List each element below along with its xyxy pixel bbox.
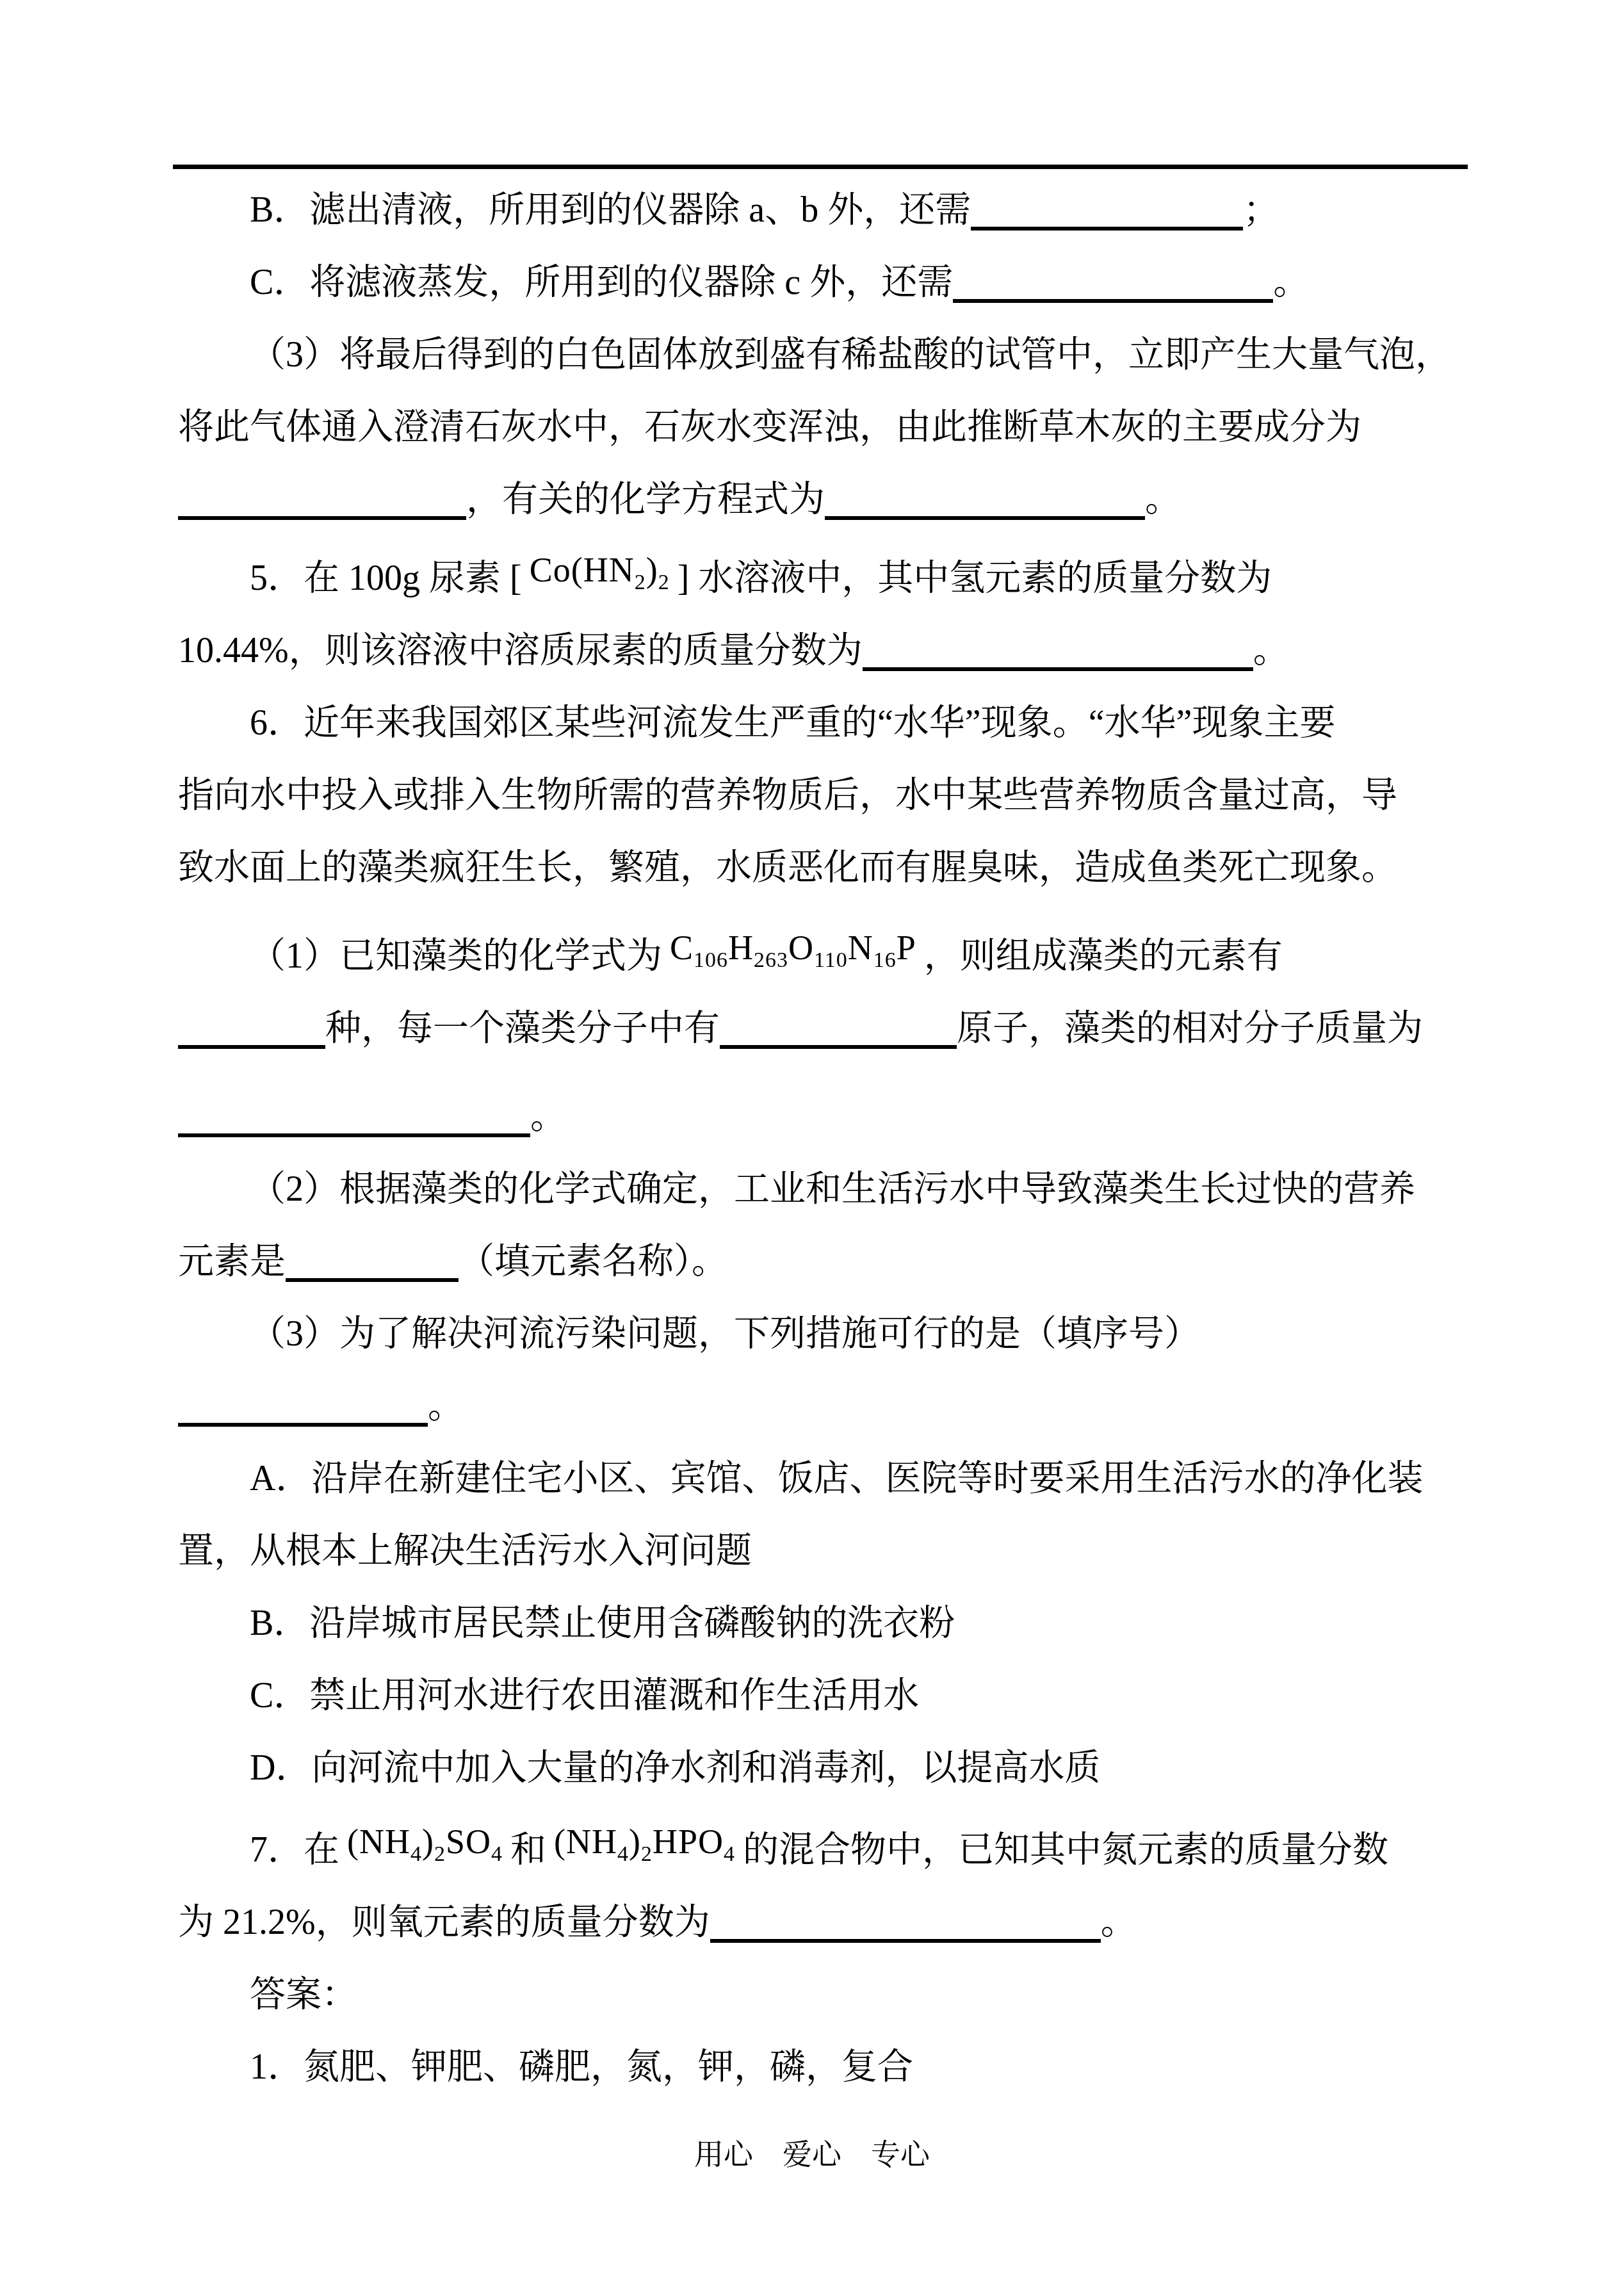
text-run: 为 21.2%，则氧元素的质量分数为 <box>178 1902 710 1942</box>
text-run: 种，每一个藻类分子中有 <box>325 1009 720 1048</box>
formula-text: Co(HN <box>530 551 635 589</box>
question6-part3-line1: （3）为了解决河流污染问题，下列措施可行的是（填序号） <box>178 1298 1468 1370</box>
formula-subscript: 263 <box>754 948 788 972</box>
formula-text: ) <box>629 1822 641 1861</box>
text-run: 。 <box>530 1097 566 1137</box>
text-run: 致水面上的藻类疯狂生长，繁殖，水质恶化而有腥臭味，造成鱼类死亡现象。 <box>178 848 1397 888</box>
question6-part1-line2: 种，每一个藻类分子中有原子，藻类的相对分子质量为 <box>178 993 1468 1065</box>
formula-subscript: 16 <box>873 948 897 972</box>
text-run: 。 <box>428 1386 464 1426</box>
document-content: B．滤出清液，所用到的仪器除 a、b 外，还需；C．将滤液蒸发，所用到的仪器除 … <box>178 174 1468 2104</box>
header-rule <box>173 165 1468 169</box>
answer-blank <box>953 272 1273 303</box>
footer-motto: 用心 爱心 专心 <box>694 2138 930 2171</box>
formula-text: H <box>728 929 754 967</box>
text-run: 答案： <box>250 1975 357 2015</box>
question7-line1: 7．在(NH4)2SO4和(NH4)2HPO4的混合物中，已知其中氮元素的质量分… <box>178 1814 1468 1886</box>
question4-part3-line2: 将此气体通入澄清石灰水中，石灰水变浑浊，由此推断草木灰的主要成分为 <box>178 391 1468 464</box>
question6-part2-line1: （2）根据藻类的化学式确定，工业和生活污水中导致藻类生长过快的营养 <box>178 1153 1468 1226</box>
formula-subscript: 4 <box>724 1842 735 1866</box>
question6-line1: 6．近年来我国郊区某些河流发生严重的“水华”现象。“水华”现象主要 <box>178 687 1468 759</box>
question4-option-c: C．将滤液蒸发，所用到的仪器除 c 外，还需。 <box>178 247 1468 319</box>
question4-part3-line1: （3）将最后得到的白色固体放到盛有稀盐酸的试管中，立即产生大量气泡， <box>178 319 1468 391</box>
text-run: 6．近年来我国郊区某些河流发生严重的“水华”现象。“水华”现象主要 <box>250 703 1335 743</box>
text-run: A．沿岸在新建住宅小区、宾馆、饭店、医院等时要采用生活污水的净化装 <box>250 1459 1423 1498</box>
question5-line1: 5．在 100g 尿素 [Co(HN2)2] 水溶液中，其中氢元素的质量分数为 <box>178 542 1468 615</box>
text-run: 7．在 <box>250 1830 339 1870</box>
formula-text: (NH <box>554 1822 617 1861</box>
answer-blank <box>825 489 1145 520</box>
formula-subscript: 2 <box>635 571 646 594</box>
question6-part1-line3: 。 <box>178 1081 1468 1153</box>
text-run: 和 <box>510 1830 546 1870</box>
formula-subscript: 4 <box>410 1842 422 1866</box>
formula-text: (NH <box>347 1822 410 1861</box>
question6-part1-line1: （1）已知藻类的化学式为C106H263O110N16P，则组成藻类的元素有 <box>178 920 1468 993</box>
text-run: B．沿岸城市居民禁止使用含磷酸钠的洗衣粉 <box>250 1603 955 1643</box>
question6-part2-line2: 元素是（填元素名称）。 <box>178 1226 1468 1298</box>
formula-subscript: 2 <box>658 571 670 594</box>
text-run: C．将滤液蒸发，所用到的仪器除 c 外，还需 <box>250 263 953 302</box>
formula-subscript: 4 <box>617 1842 629 1866</box>
text-run: 。 <box>1145 480 1181 519</box>
answer-blank <box>971 200 1243 231</box>
text-run: 将此气体通入澄清石灰水中，石灰水变浑浊，由此推断草木灰的主要成分为 <box>178 407 1361 447</box>
chemical-formula: Co(HN2)2 <box>530 551 670 589</box>
question6-line2: 指向水中投入或排入生物所需的营养物质后，水中某些营养物质含量过高，导 <box>178 759 1468 832</box>
answer-blank <box>178 1107 530 1137</box>
text-run: 1．氮肥、钾肥、磷肥，氮，钾，磷，复合 <box>250 2047 913 2087</box>
option-a-line2: 置，从根本上解决生活污水入河问题 <box>178 1515 1468 1587</box>
text-run: 的混合物中，已知其中氮元素的质量分数 <box>743 1830 1388 1870</box>
text-run: ] 水溶液中，其中氢元素的质量分数为 <box>678 558 1272 598</box>
question4-part3-line3: ，有关的化学方程式为。 <box>178 464 1468 536</box>
formula-text: P <box>897 929 916 967</box>
text-run: B．滤出清液，所用到的仪器除 a、b 外，还需 <box>250 190 971 230</box>
answer-blank <box>178 489 466 520</box>
answer-blank <box>178 1396 428 1427</box>
formula-subscript: 110 <box>814 948 848 972</box>
text-run: 5．在 100g 尿素 [ <box>250 558 522 598</box>
text-run: 原子，藻类的相对分子质量为 <box>957 1009 1423 1048</box>
text-run: 10.44%，则该溶液中溶质尿素的质量分数为 <box>178 631 863 670</box>
formula-subscript: 2 <box>641 1842 653 1866</box>
text-run: （3）将最后得到的白色固体放到盛有稀盐酸的试管中，立即产生大量气泡， <box>250 335 1451 375</box>
answer-blank <box>720 1018 957 1049</box>
text-run: （3）为了解决河流污染问题，下列措施可行的是（填序号） <box>250 1314 1200 1354</box>
answer-1: 1．氮肥、钾肥、磷肥，氮，钾，磷，复合 <box>178 2031 1468 2104</box>
question6-line3: 致水面上的藻类疯狂生长，繁殖，水质恶化而有腥臭味，造成鱼类死亡现象。 <box>178 832 1468 904</box>
page-footer: 用心 爱心 专心 <box>0 2118 1624 2191</box>
option-c-line: C．禁止用河水进行农田灌溉和作生活用水 <box>178 1660 1468 1732</box>
text-run: 指向水中投入或排入生物所需的营养物质后，水中某些营养物质含量过高，导 <box>178 775 1397 815</box>
text-run: D．向河流中加入大量的净水剂和消毒剂，以提高水质 <box>250 1748 1100 1788</box>
question7-line2: 为 21.2%，则氧元素的质量分数为。 <box>178 1886 1468 1959</box>
answer-blank <box>863 640 1253 671</box>
text-run: 。 <box>1273 263 1309 302</box>
text-run: C．禁止用河水进行农田灌溉和作生活用水 <box>250 1676 919 1715</box>
answer-blank <box>178 1018 325 1049</box>
chemical-formula: C106H263O110N16P <box>670 929 916 967</box>
option-a-line1: A．沿岸在新建住宅小区、宾馆、饭店、医院等时要采用生活污水的净化装 <box>178 1443 1468 1515</box>
chemical-formula: (NH4)2HPO4 <box>554 1822 735 1861</box>
option-b-line: B．沿岸城市居民禁止使用含磷酸钠的洗衣粉 <box>178 1587 1468 1660</box>
text-run: 元素是 <box>178 1242 286 1281</box>
answer-blank <box>286 1251 459 1282</box>
text-run: （2）根据藻类的化学式确定，工业和生活污水中导致藻类生长过快的营养 <box>250 1169 1415 1209</box>
text-run: （填元素名称）。 <box>459 1242 727 1281</box>
formula-subscript: 4 <box>491 1842 503 1866</box>
answer-blank <box>710 1912 1101 1943</box>
text-run: ； <box>1243 190 1279 230</box>
formula-text: ) <box>646 551 658 589</box>
formula-text: ) <box>422 1822 434 1861</box>
formula-text: C <box>670 929 694 967</box>
text-run: 。 <box>1101 1902 1137 1942</box>
text-run: ，有关的化学方程式为 <box>466 480 825 519</box>
formula-text: SO <box>446 1822 491 1861</box>
option-d-line: D．向河流中加入大量的净水剂和消毒剂，以提高水质 <box>178 1732 1468 1804</box>
question5-line2: 10.44%，则该溶液中溶质尿素的质量分数为。 <box>178 615 1468 687</box>
formula-subscript: 2 <box>434 1842 446 1866</box>
formula-text: O <box>788 929 814 967</box>
text-run: ，则组成藻类的元素有 <box>924 936 1283 976</box>
worksheet-page: B．滤出清液，所用到的仪器除 a、b 外，还需；C．将滤液蒸发，所用到的仪器除 … <box>0 0 1624 2295</box>
text-run: 。 <box>1253 631 1289 670</box>
question4-option-b: B．滤出清液，所用到的仪器除 a、b 外，还需； <box>178 174 1468 247</box>
formula-text: N <box>848 929 873 967</box>
answers-header: 答案： <box>178 1959 1468 2031</box>
text-run: 置，从根本上解决生活污水入河问题 <box>178 1531 752 1571</box>
formula-subscript: 106 <box>694 948 728 972</box>
formula-text: HPO <box>653 1822 724 1861</box>
chemical-formula: (NH4)2SO4 <box>347 1822 503 1861</box>
text-run: （1）已知藻类的化学式为 <box>250 936 662 976</box>
question6-part3-line2: 。 <box>178 1370 1468 1443</box>
